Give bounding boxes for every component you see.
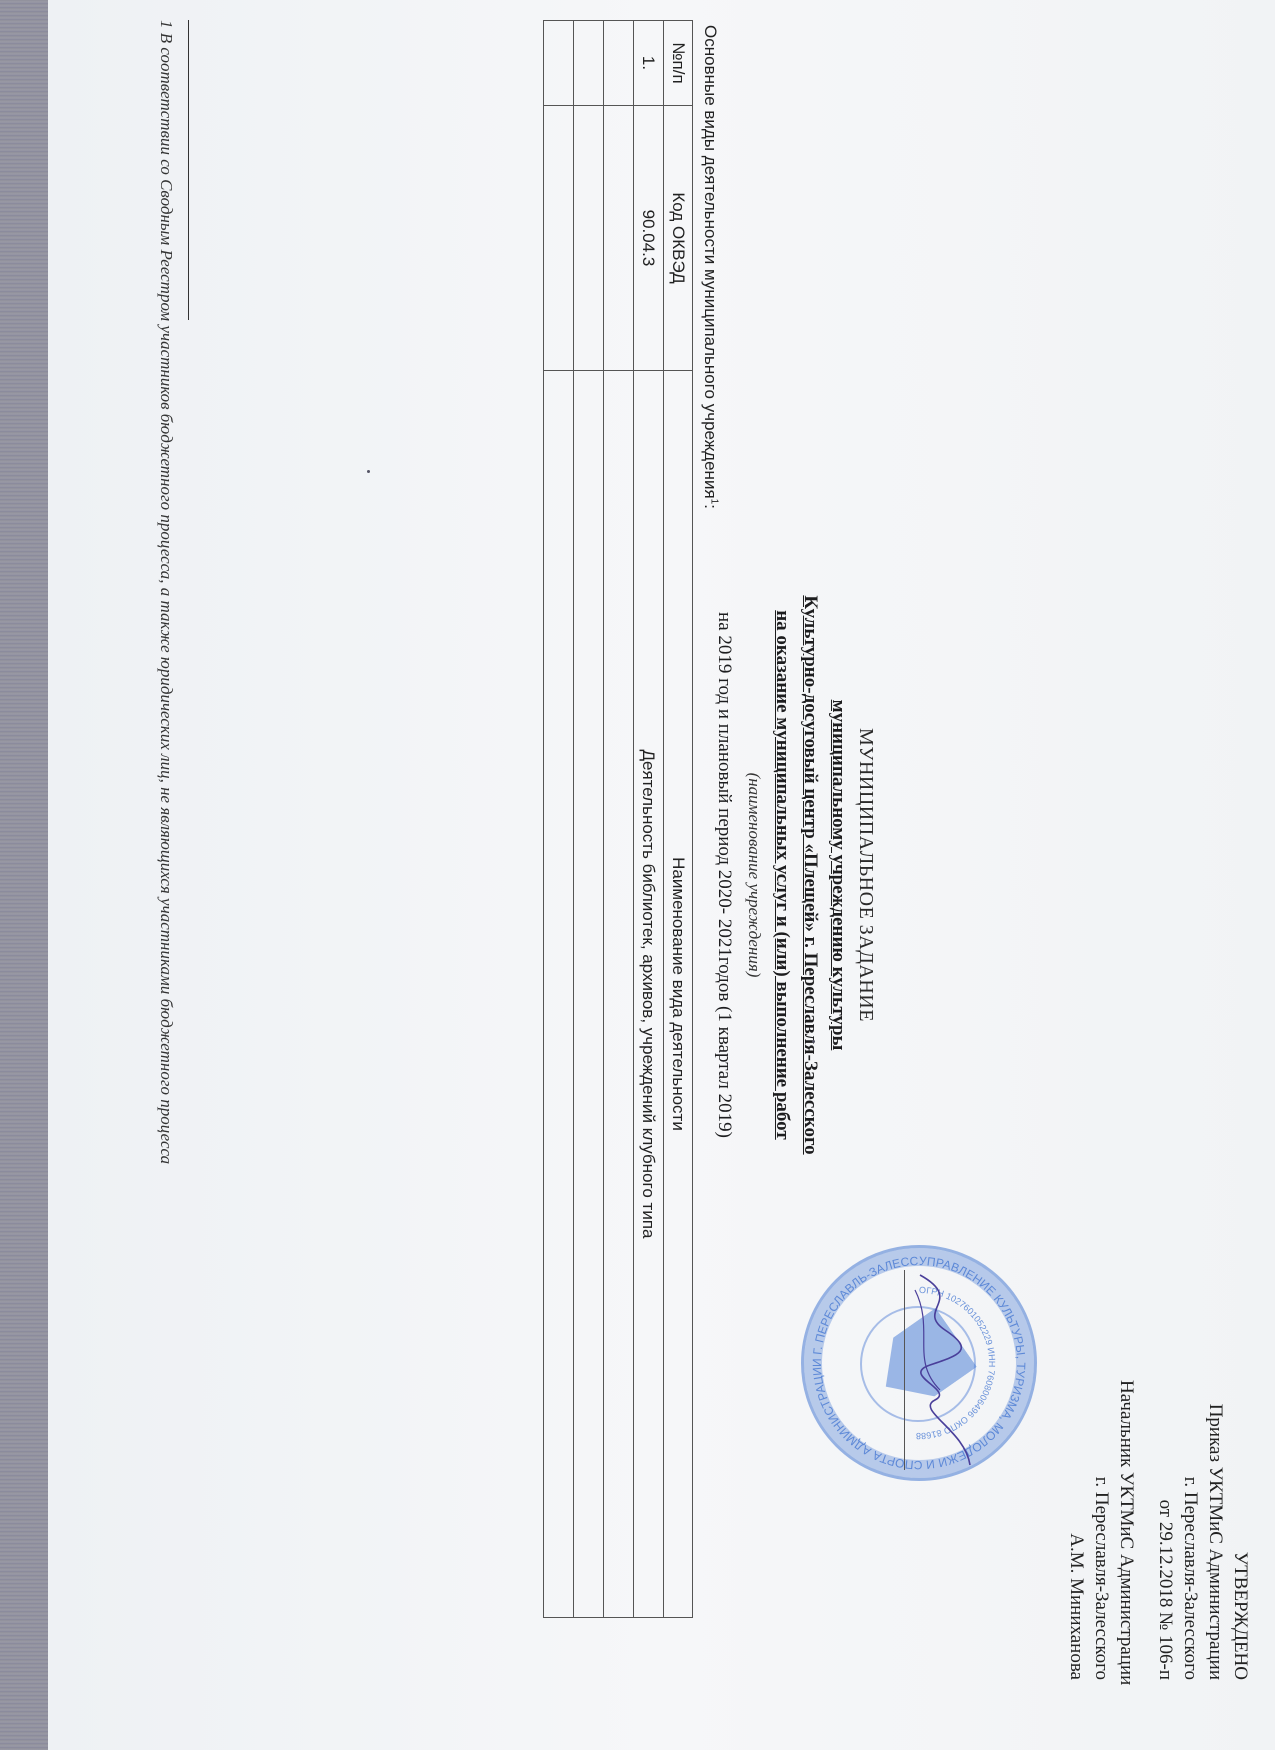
order-line-1: Приказ УКТМиС Администрации xyxy=(1203,1380,1228,1680)
table-row xyxy=(604,21,634,1618)
signature xyxy=(904,1270,975,1470)
table-row xyxy=(544,21,574,1618)
cell-number xyxy=(544,21,574,106)
signature-scribble-icon xyxy=(905,1270,975,1470)
table-header-row: №п/п Код ОКВЭД Наименование вида деятель… xyxy=(664,21,693,1618)
scan-edge xyxy=(0,0,48,1750)
document-page: УТВЕРЖДЕНО Приказ УКТМиС Администрации г… xyxy=(48,0,1275,1750)
cell-okved xyxy=(574,106,604,371)
cell-activity xyxy=(544,371,574,1618)
footnote-number: 1 xyxy=(157,20,176,29)
cell-number xyxy=(604,21,634,106)
cell-okved xyxy=(604,106,634,371)
footnote: 1 В соответствии со Сводным Реестром уча… xyxy=(153,20,179,1720)
signer-line-2: г. Переславля-Залесского xyxy=(1089,1380,1114,1680)
table-row: 1. 90.04.3 Деятельность библиотек, архив… xyxy=(634,21,664,1618)
column-header-okved: Код ОКВЭД xyxy=(664,106,693,371)
institution-name: Культурно-досуговый центр «Плещей» г. Пе… xyxy=(800,595,821,1154)
purpose-line: на оказание муниципальных услуг и (или) … xyxy=(772,610,793,1140)
activities-caption: Основные виды деятельности муниципальног… xyxy=(700,25,720,509)
footnote-text: В соответствии со Сводным Реестром участ… xyxy=(157,33,176,1164)
cell-activity xyxy=(604,371,634,1618)
cell-number xyxy=(574,21,604,106)
cell-number: 1. xyxy=(634,21,664,106)
footnote-divider xyxy=(188,20,189,320)
activities-table: №п/п Код ОКВЭД Наименование вида деятель… xyxy=(543,20,693,1618)
cell-okved: 90.04.3 xyxy=(634,106,664,371)
order-line-3: от 29.12.2018 № 106-п xyxy=(1153,1380,1178,1680)
document-title: МУНИЦИПАЛЬНОЕ ЗАДАНИЕ xyxy=(852,0,880,1750)
approval-heading: УТВЕРЖДЕНО xyxy=(1228,1380,1253,1680)
cell-okved xyxy=(544,106,574,371)
recipient-line: муниципальному учреждению культуры xyxy=(828,700,849,1051)
institution-caption: (наименование учреждения) xyxy=(740,0,768,1750)
signer-line-1: Начальник УКТМиС Администрации xyxy=(1114,1380,1139,1680)
cell-activity xyxy=(574,371,604,1618)
signer-line-3: А.М. Миниханова xyxy=(1064,1380,1089,1680)
scan-speck xyxy=(367,470,370,473)
column-header-number: №п/п xyxy=(664,21,693,106)
title-block: МУНИЦИПАЛЬНОЕ ЗАДАНИЕ муниципальному учр… xyxy=(710,0,880,1750)
column-header-activity-name: Наименование вида деятельности xyxy=(664,371,693,1618)
approval-block: УТВЕРЖДЕНО Приказ УКТМиС Администрации г… xyxy=(1064,1380,1253,1680)
order-line-2: г. Переславля-Залесского xyxy=(1178,1380,1203,1680)
scan-speck xyxy=(812,1040,815,1043)
cell-activity: Деятельность библиотек, архивов, учрежде… xyxy=(634,371,664,1618)
table-row xyxy=(574,21,604,1618)
